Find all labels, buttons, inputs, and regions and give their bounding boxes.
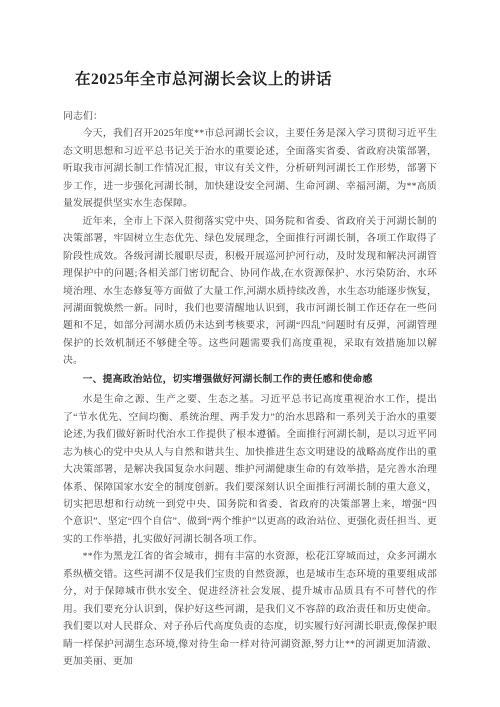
document-body: 同志们：今天，我们召开2025年度**市总河湖长会议，主要任务是深入学习贯彻习近… (63, 108, 437, 671)
section-heading: 一、提高政治站位，切实增强做好河湖长制工作的责任感和使命感 (63, 371, 437, 388)
document-content: 在2025年全市总河湖长会议上的讲话 同志们：今天，我们召开2025年度**市总… (63, 70, 437, 671)
paragraph: 同志们： (63, 108, 437, 125)
paragraph: 近年来，全市上下深入贯彻落实党中央、国务院和省委、省政府关于河湖长制的决策部署，… (63, 213, 437, 370)
document-title: 在2025年全市总河湖长会议上的讲话 (75, 70, 437, 90)
paragraph: **作为黑龙江省的省会城市，拥有丰富的水资源，松花江穿城而过，众多河湖水系纵横交… (63, 548, 437, 670)
paragraph: 今天，我们召开2025年度**市总河湖长会议，主要任务是深入学习贯彻习近平生态文… (63, 125, 437, 212)
paragraph: 水是生命之源、生产之要、生态之基。习近平总书记高度重视治水工作，提出了“节水优先… (63, 391, 437, 548)
document-page: 在2025年全市总河湖长会议上的讲话 同志们：今天，我们召开2025年度**市总… (0, 0, 500, 707)
